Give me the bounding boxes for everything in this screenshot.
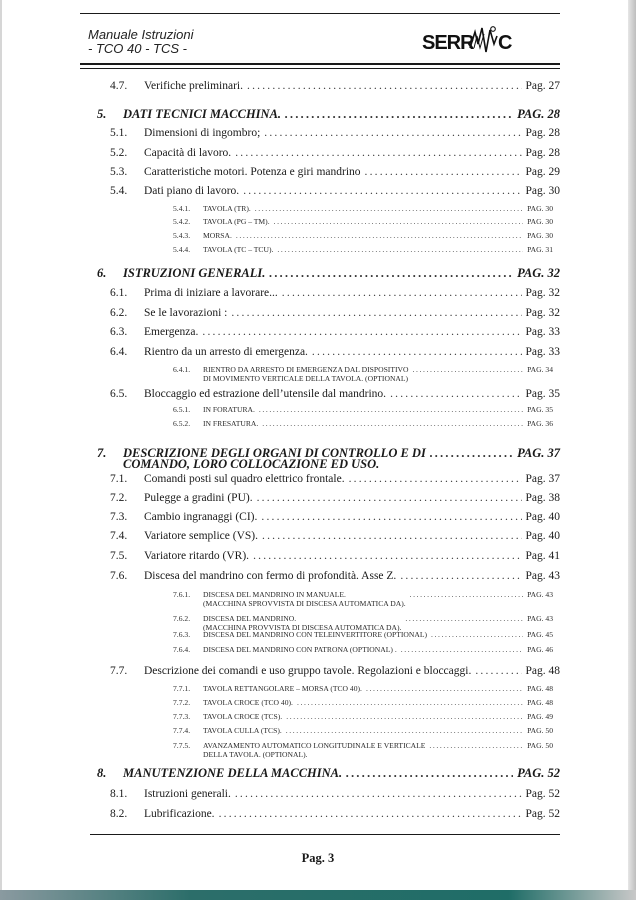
dot-leader: [430, 446, 513, 461]
page-edge-right: [628, 0, 636, 900]
toc-entry-title: MORSA.: [203, 231, 232, 240]
toc-entry-title: Pulegge a gradini (PU).: [144, 492, 253, 504]
header-bottom-rule-thick: [80, 63, 560, 65]
toc-entry[interactable]: 7.7.2.TAVOLA CROCE (TCO 40).PAG. 48: [173, 698, 553, 707]
toc-entry-page: PAG. 31: [527, 245, 553, 254]
toc-entry[interactable]: 5.DATI TECNICI MACCHINA.PAG. 28: [97, 107, 560, 122]
toc-entry-title: DISCESA DEL MANDRINO IN MANUALE. (MACCHI…: [203, 590, 406, 608]
toc-entry-number: 7.6.3.: [173, 630, 203, 639]
toc-entry-title: Verifiche preliminari.: [144, 80, 243, 92]
toc-entry[interactable]: 6.4.Rientro da un arresto di emergenza.P…: [110, 346, 560, 358]
toc-entry-page: Pag. 28: [526, 147, 561, 159]
manual-model: - TCO 40 - TCS -: [88, 42, 187, 56]
toc-entry[interactable]: 7.6.4.DISCESA DEL MANDRINO CON PATRONA (…: [173, 645, 553, 654]
toc-entry[interactable]: 7.2.Pulegge a gradini (PU).Pag. 38: [110, 492, 560, 504]
toc-entry-number: 5.4.2.: [173, 217, 203, 226]
toc-entry-number: 6.5.2.: [173, 419, 203, 428]
toc-entry-number: 6.1.: [110, 287, 144, 299]
toc-entry-number: 7.7.3.: [173, 712, 203, 721]
dot-leader: [282, 287, 522, 299]
toc-entry[interactable]: 7.DESCRIZIONE DEGLI ORGANI DI CONTROLLO …: [97, 446, 560, 470]
toc-entry-page: Pag. 40: [526, 530, 561, 542]
toc-entry-title: Emergenza.: [144, 326, 198, 338]
dot-leader: [255, 204, 523, 213]
toc-entry-title: Descrizione dei comandi e uso gruppo tav…: [144, 665, 471, 677]
toc-entry-title: Dati piano di lavoro.: [144, 185, 239, 197]
toc-entry-number: 6.5.1.: [173, 405, 203, 414]
toc-entry[interactable]: 5.4.3.MORSA.PAG. 30: [173, 231, 553, 240]
toc-entry[interactable]: 7.7.Descrizione dei comandi e uso gruppo…: [110, 665, 560, 677]
toc-entry-page: Pag. 38: [526, 492, 561, 504]
toc-entry-title: DISCESA DEL MANDRINO CON TELEINVERTITORE…: [203, 630, 427, 639]
dot-leader: [259, 405, 523, 414]
toc-entry-number: 7.: [97, 446, 123, 461]
toc-entry-number: 7.7.4.: [173, 726, 203, 735]
toc-entry-page: Pag. 41: [526, 550, 561, 562]
svg-text:C: C: [498, 32, 512, 54]
toc-entry-number: 6.4.1.: [173, 365, 203, 374]
toc-entry-title: Prima di iniziare a lavorare...: [144, 287, 278, 299]
toc-entry[interactable]: 7.7.3.TAVOLA CROCE (TCS).PAG. 49: [173, 712, 553, 721]
dot-leader: [390, 388, 521, 400]
toc-entry-page: PAG. 52: [517, 766, 560, 781]
toc-entry[interactable]: 7.6.3.DISCESA DEL MANDRINO CON TELEINVER…: [173, 630, 553, 639]
toc-entry-number: 7.6.4.: [173, 645, 203, 654]
toc-entry-title: TAVOLA RETTANGOLARE – MORSA (TCO 40).: [203, 684, 362, 693]
dot-leader: [365, 166, 522, 178]
toc-entry-page: Pag. 29: [526, 166, 561, 178]
header-top-rule: [80, 13, 560, 14]
toc-entry-number: 7.4.: [110, 530, 144, 542]
toc-entry[interactable]: 7.3.Cambio ingranaggi (CI).Pag. 40: [110, 511, 560, 523]
toc-entry-title: MANUTENZIONE DELLA MACCHINA.: [123, 766, 342, 781]
toc-entry-page: PAG. 35: [527, 405, 553, 414]
toc-entry-number: 5.4.3.: [173, 231, 203, 240]
dot-leader: [285, 107, 513, 122]
dot-leader: [349, 473, 522, 485]
toc-entry[interactable]: 7.7.4.TAVOLA CULLA (TCS).PAG. 50: [173, 726, 553, 735]
toc-entry-page: PAG. 46: [527, 645, 553, 654]
dot-leader: [475, 665, 521, 677]
toc-entry-number: 7.2.: [110, 492, 144, 504]
toc-entry-page: Pag. 52: [526, 808, 561, 820]
toc-entry[interactable]: 8.1.Istruzioni generali.Pag. 52: [110, 788, 560, 800]
toc-entry-title: TAVOLA (TC – TCU).: [203, 245, 273, 254]
toc-entry-title: ISTRUZIONI GENERALI.: [123, 266, 265, 281]
dot-leader: [286, 712, 523, 721]
toc-entry-page: Pag. 33: [526, 346, 561, 358]
toc-entry-title: AVANZAMENTO AUTOMATICO LONGITUDINALE E V…: [203, 741, 425, 759]
toc-entry-page: PAG. 50: [527, 741, 553, 750]
dot-leader: [286, 726, 523, 735]
toc-entry-page: Pag. 28: [526, 127, 561, 139]
toc-entry-page: PAG. 48: [527, 698, 553, 707]
dot-leader: [235, 147, 521, 159]
dot-leader: [412, 365, 523, 374]
toc-entry-title: IN FRESATURA.: [203, 419, 258, 428]
toc-entry[interactable]: 5.4.1.TAVOLA (TR).PAG. 30: [173, 204, 553, 213]
toc-entry[interactable]: 7.7.1.TAVOLA RETTANGOLARE – MORSA (TCO 4…: [173, 684, 553, 693]
toc-entry-title: TAVOLA (PG – TM).: [203, 217, 270, 226]
toc-entry-number: 5.4.1.: [173, 204, 203, 213]
toc-entry-number: 7.6.2.: [173, 614, 203, 623]
toc-entry-page: Pag. 30: [526, 185, 561, 197]
toc-entry-title: Cambio ingranaggi (CI).: [144, 511, 257, 523]
toc-entry[interactable]: 6.3.Emergenza.Pag. 33: [110, 326, 560, 338]
toc-entry-number: 8.1.: [110, 788, 144, 800]
dot-leader: [346, 766, 513, 781]
toc-entry-title: TAVOLA (TR).: [203, 204, 251, 213]
toc-entry[interactable]: 8.2.Lubrificazione.Pag. 52: [110, 808, 560, 820]
toc-entry-title: IN FORATURA.: [203, 405, 255, 414]
toc-entry[interactable]: 7.5.Variatore ritardo (VR).Pag. 41: [110, 550, 560, 562]
dot-leader: [297, 698, 523, 707]
toc-entry[interactable]: 6.ISTRUZIONI GENERALI.PAG. 32: [97, 266, 560, 281]
toc-entry-page: Pag. 35: [526, 388, 561, 400]
toc-entry-page: PAG. 48: [527, 684, 553, 693]
toc-entry-number: 5.3.: [110, 166, 144, 178]
toc-entry[interactable]: 7.6.1.DISCESA DEL MANDRINO IN MANUALE. (…: [173, 590, 553, 608]
dot-leader: [264, 127, 521, 139]
dot-leader: [262, 530, 521, 542]
toc-entry-page: Pag. 40: [526, 511, 561, 523]
dot-leader: [235, 788, 522, 800]
dot-leader: [274, 217, 523, 226]
toc-entry[interactable]: 5.4.4.TAVOLA (TC – TCU).PAG. 31: [173, 245, 553, 254]
dot-leader: [243, 185, 521, 197]
dot-leader: [231, 307, 521, 319]
toc-entry-number: 6.4.: [110, 346, 144, 358]
dot-leader: [257, 492, 522, 504]
toc-entry-number: 7.7.2.: [173, 698, 203, 707]
dot-leader: [219, 808, 522, 820]
toc-entry-number: 6.5.: [110, 388, 144, 400]
scanner-edge-band: [0, 890, 636, 900]
dot-leader: [262, 419, 523, 428]
toc-entry[interactable]: 5.2.Capacità di lavoro.Pag. 28: [110, 147, 560, 159]
toc-entry-number: 8.: [97, 766, 123, 781]
dot-leader: [269, 266, 513, 281]
toc-entry[interactable]: 6.5.1.IN FORATURA.PAG. 35: [173, 405, 553, 414]
toc-entry-page: PAG. 34: [527, 365, 553, 374]
toc-entry[interactable]: 6.5.Bloccaggio ed estrazione dell’utensi…: [110, 388, 560, 400]
toc-entry-number: 8.2.: [110, 808, 144, 820]
toc-entry-title: Comandi posti sul quadro elettrico front…: [144, 473, 345, 485]
toc-entry-page: Pag. 32: [526, 307, 561, 319]
toc-entry-title: Variatore ritardo (VR).: [144, 550, 249, 562]
toc-entry-number: 5.1.: [110, 127, 144, 139]
toc-entry-title: TAVOLA CULLA (TCS).: [203, 726, 282, 735]
toc-entry-title: Dimensioni di ingombro;: [144, 127, 260, 139]
toc-entry[interactable]: 6.1.Prima di iniziare a lavorare...Pag. …: [110, 287, 560, 299]
toc-entry[interactable]: 5.4.2.TAVOLA (PG – TM).PAG. 30: [173, 217, 553, 226]
toc-entry-number: 5.4.: [110, 185, 144, 197]
toc-entry-page: Pag. 27: [526, 80, 561, 92]
toc-entry[interactable]: 5.3.Caratteristiche motori. Potenza e gi…: [110, 166, 560, 178]
manual-title: Manuale Istruzioni: [88, 28, 194, 42]
toc-entry-number: 5.: [97, 107, 123, 122]
dot-leader: [410, 590, 523, 599]
toc-entry-title: Lubrificazione.: [144, 808, 215, 820]
toc-entry[interactable]: 7.4.Variatore semplice (VS).Pag. 40: [110, 530, 560, 542]
toc-entry-page: PAG. 30: [527, 217, 553, 226]
toc-entry[interactable]: 7.6.Discesa del mandrino con fermo di pr…: [110, 570, 560, 582]
toc-entry-title: Caratteristiche motori. Potenza e giri m…: [144, 166, 361, 178]
toc-entry-page: PAG. 43: [527, 590, 553, 599]
toc-entry-page: Pag. 48: [526, 665, 561, 677]
toc-entry-title: Se le lavorazioni :: [144, 307, 227, 319]
toc-entry-title: DESCRIZIONE DEGLI ORGANI DI CONTROLLO E …: [123, 448, 426, 470]
toc-entry-title: Variatore semplice (VS).: [144, 530, 258, 542]
toc-entry-page: PAG. 28: [517, 107, 560, 122]
dot-leader: [366, 684, 523, 693]
dot-leader: [236, 231, 523, 240]
toc-entry-page: PAG. 32: [517, 266, 560, 281]
page-edge-left: [0, 0, 2, 900]
toc-entry-page: Pag. 32: [526, 287, 561, 299]
dot-leader: [277, 245, 523, 254]
toc-entry[interactable]: 7.7.5.AVANZAMENTO AUTOMATICO LONGITUDINA…: [173, 741, 553, 759]
dot-leader: [247, 80, 522, 92]
toc-entry-title: Capacità di lavoro.: [144, 147, 231, 159]
toc-entry[interactable]: 8.MANUTENZIONE DELLA MACCHINA.PAG. 52: [97, 766, 560, 781]
toc-entry-page: Pag. 52: [526, 788, 561, 800]
toc-entry-number: 6.: [97, 266, 123, 281]
toc-entry-number: 7.7.: [110, 665, 144, 677]
dot-leader: [400, 570, 521, 582]
toc-entry-title: RIENTRO DA ARRESTO DI EMERGENZA DAL DISP…: [203, 365, 408, 383]
toc-entry-number: 5.2.: [110, 147, 144, 159]
toc-entry-number: 7.7.5.: [173, 741, 203, 750]
toc-entry-page: Pag. 43: [526, 570, 561, 582]
toc-entry-title: Discesa del mandrino con fermo di profon…: [144, 570, 396, 582]
toc-entry-page: Pag. 37: [526, 473, 561, 485]
toc-entry-number: 4.7.: [110, 80, 144, 92]
header-bottom-rule-thin: [80, 68, 560, 69]
dot-leader: [312, 346, 522, 358]
dot-leader: [401, 645, 523, 654]
dot-leader: [431, 630, 523, 639]
toc-entry-title: TAVOLA CROCE (TCS).: [203, 712, 282, 721]
toc-entry[interactable]: 5.4.Dati piano di lavoro.Pag. 30: [110, 185, 560, 197]
page-number: Pag. 3: [0, 851, 636, 866]
toc-entry-page: PAG. 30: [527, 204, 553, 213]
footer-rule: [90, 834, 560, 835]
dot-leader: [405, 614, 523, 623]
toc-entry-page: PAG. 30: [527, 231, 553, 240]
toc-entry-page: PAG. 50: [527, 726, 553, 735]
toc-entry-number: 5.4.4.: [173, 245, 203, 254]
toc-entry-page: PAG. 37: [517, 446, 560, 461]
svg-text:SERR: SERR: [422, 32, 475, 54]
toc-entry-number: 7.7.1.: [173, 684, 203, 693]
dot-leader: [261, 511, 521, 523]
toc-entry[interactable]: 6.5.2.IN FRESATURA.PAG. 36: [173, 419, 553, 428]
toc-entry-number: 7.1.: [110, 473, 144, 485]
dot-leader: [202, 326, 521, 338]
toc-entry-page: PAG. 43: [527, 614, 553, 623]
toc-entry-title: TAVOLA CROCE (TCO 40).: [203, 698, 293, 707]
toc-entry-title: Rientro da un arresto di emergenza.: [144, 346, 308, 358]
toc-entry-page: PAG. 49: [527, 712, 553, 721]
toc-entry[interactable]: 7.1.Comandi posti sul quadro elettrico f…: [110, 473, 560, 485]
toc-entry-page: PAG. 45: [527, 630, 553, 639]
toc-entry-title: Bloccaggio ed estrazione dell’utensile d…: [144, 388, 386, 400]
toc-entry-page: Pag. 33: [526, 326, 561, 338]
toc-entry[interactable]: 5.1.Dimensioni di ingombro;Pag. 28: [110, 127, 560, 139]
serrmac-logo: SERR C: [420, 22, 540, 58]
toc-entry-title: DISCESA DEL MANDRINO CON PATRONA (OPTION…: [203, 645, 397, 654]
toc-entry-number: 6.3.: [110, 326, 144, 338]
dot-leader: [253, 550, 521, 562]
toc-entry-title: Istruzioni generali.: [144, 788, 231, 800]
toc-entry-number: 6.2.: [110, 307, 144, 319]
toc-entry-title: DATI TECNICI MACCHINA.: [123, 107, 281, 122]
dot-leader: [429, 741, 523, 750]
toc-entry-number: 7.5.: [110, 550, 144, 562]
toc-entry[interactable]: 4.7.Verifiche preliminari.Pag. 27: [110, 80, 560, 92]
toc-entry[interactable]: 6.4.1.RIENTRO DA ARRESTO DI EMERGENZA DA…: [173, 365, 553, 383]
toc-entry-number: 7.3.: [110, 511, 144, 523]
toc-entry[interactable]: 6.2.Se le lavorazioni :Pag. 32: [110, 307, 560, 319]
toc-entry-number: 7.6.1.: [173, 590, 203, 599]
toc-entry-number: 7.6.: [110, 570, 144, 582]
toc-entry-page: PAG. 36: [527, 419, 553, 428]
